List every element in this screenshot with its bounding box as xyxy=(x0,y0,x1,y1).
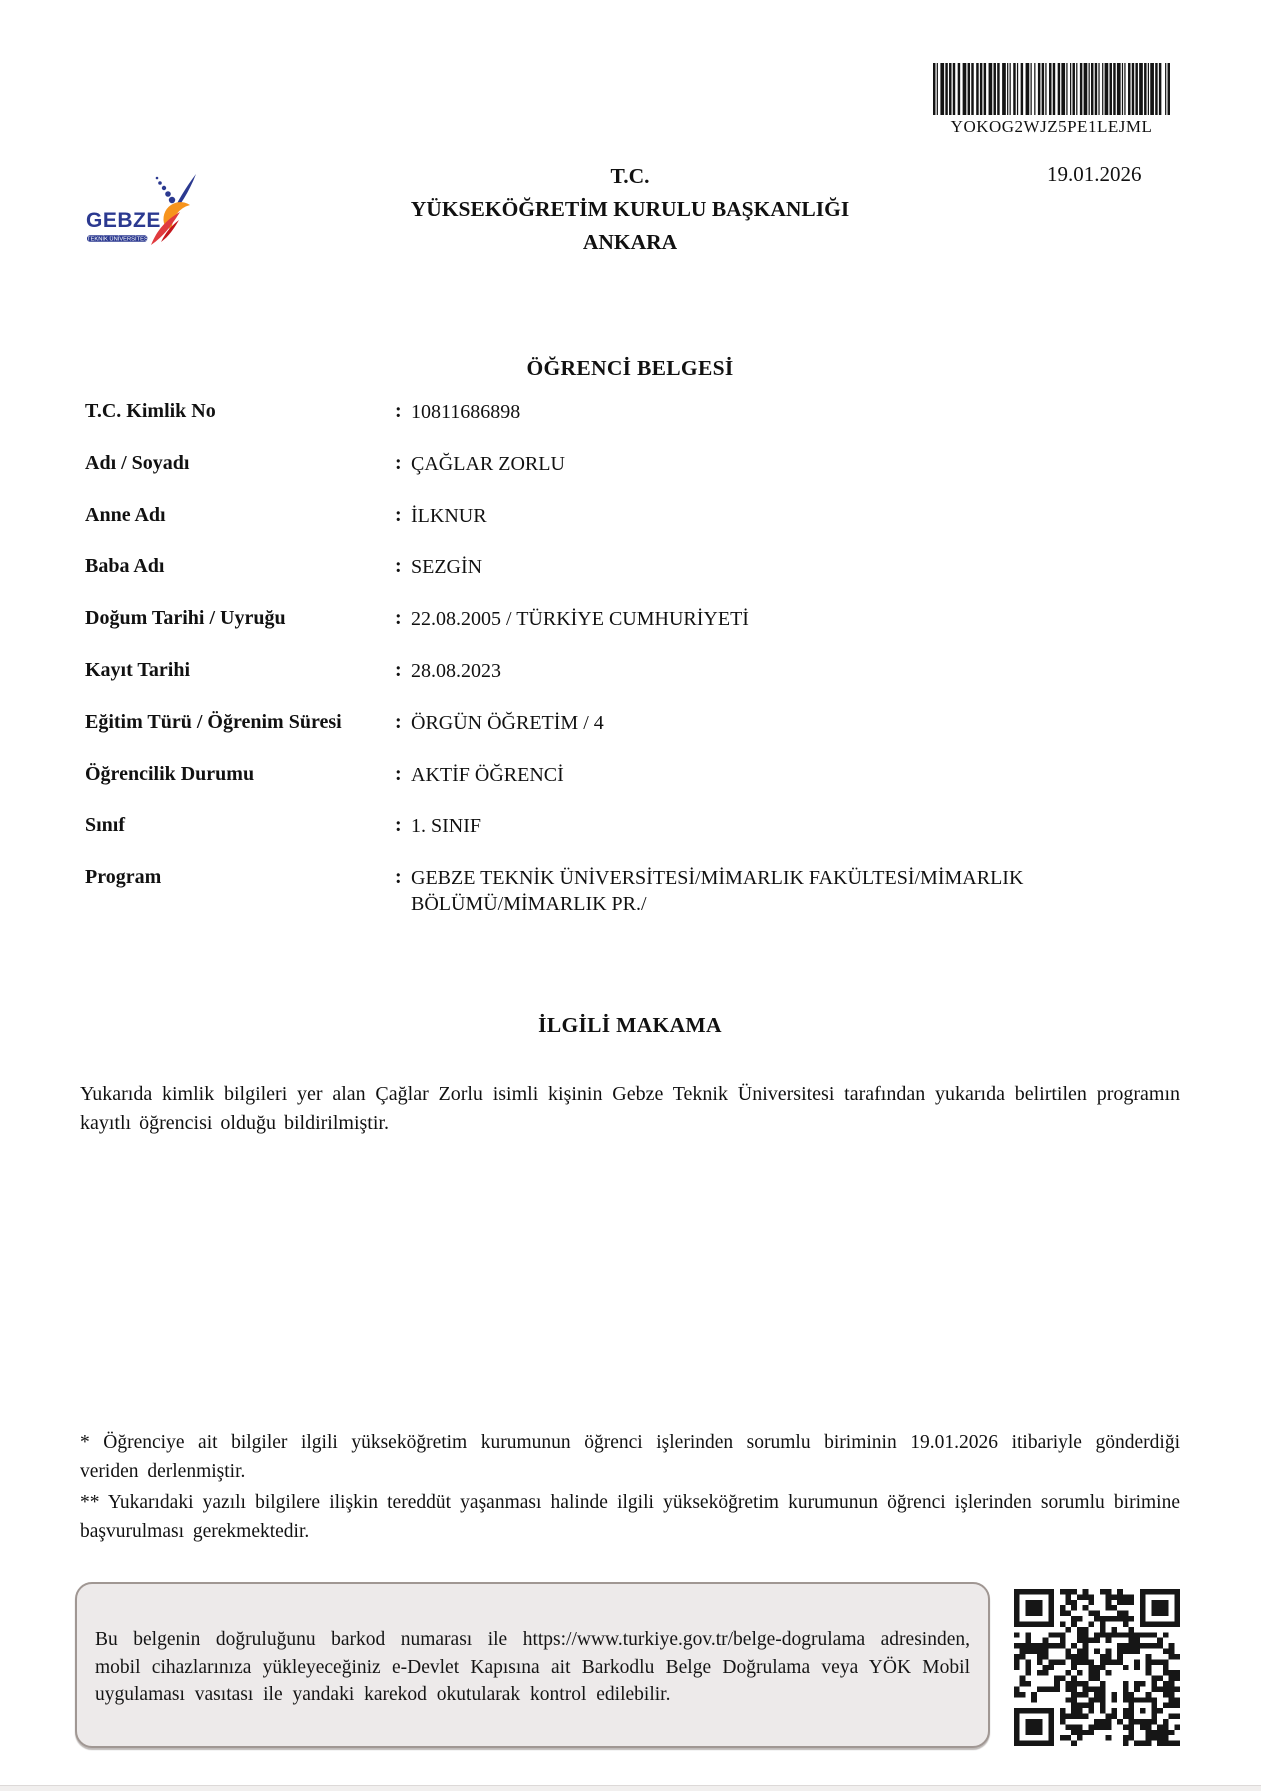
student-certificate-document: YOKOG2WJZ5PE1LEJML 19.01.2026 GEBZE TEKN… xyxy=(0,0,1261,1791)
field-row-sinif: Sınıf : 1. SINIF xyxy=(85,813,1185,865)
field-value: ÖRGÜN ÖĞRETİM / 4 xyxy=(411,710,604,736)
document-title: ÖĞRENCİ BELGESİ xyxy=(75,356,1185,381)
barcode xyxy=(933,63,1170,115)
verification-box: Bu belgenin doğruluğunu barkod numarası … xyxy=(75,1582,990,1748)
field-row-tc-kimlik-no: T.C. Kimlik No : 10811686898 xyxy=(85,399,1185,451)
field-label: Sınıf xyxy=(85,813,395,838)
field-label: T.C. Kimlik No xyxy=(85,399,395,424)
field-label: Baba Adı xyxy=(85,554,395,579)
field-label: Eğitim Türü / Öğrenim Süresi xyxy=(85,710,395,735)
field-colon: : xyxy=(395,710,411,735)
field-row-baba-adi: Baba Adı : SEZGİN xyxy=(85,554,1185,606)
letterhead-tc: T.C. xyxy=(75,160,1185,193)
field-colon: : xyxy=(395,606,411,631)
field-row-anne-adi: Anne Adı : İLKNUR xyxy=(85,503,1185,555)
field-colon: : xyxy=(395,658,411,683)
field-colon: : xyxy=(395,503,411,528)
field-colon: : xyxy=(395,451,411,476)
field-label: Program xyxy=(85,865,395,890)
letterhead: T.C. YÜKSEKÖĞRETİM KURULU BAŞKANLIĞI ANK… xyxy=(75,160,1185,259)
field-colon: : xyxy=(395,762,411,787)
field-value: 1. SINIF xyxy=(411,813,481,839)
next-page-edge xyxy=(0,1785,1261,1791)
barcode-number: YOKOG2WJZ5PE1LEJML xyxy=(923,117,1180,137)
footnote-1: * Öğrenciye ait bilgiler ilgili yükseköğ… xyxy=(80,1429,1180,1486)
field-label: Adı / Soyadı xyxy=(85,451,395,476)
student-fields: T.C. Kimlik No : 10811686898 Adı / Soyad… xyxy=(85,399,1185,917)
field-value: ÇAĞLAR ZORLU xyxy=(411,451,565,477)
footnote-2: ** Yukarıdaki yazılı bilgilere ilişkin t… xyxy=(80,1489,1180,1546)
field-row-ogrencilik-durumu: Öğrencilik Durumu : AKTİF ÖĞRENCİ xyxy=(85,762,1185,814)
field-row-dogum-tarihi: Doğum Tarihi / Uyruğu : 22.08.2005 / TÜR… xyxy=(85,606,1185,658)
field-row-egitim-turu: Eğitim Türü / Öğrenim Süresi : ÖRGÜN ÖĞR… xyxy=(85,710,1185,762)
field-colon: : xyxy=(395,865,411,890)
field-colon: : xyxy=(395,813,411,838)
field-value: 28.08.2023 xyxy=(411,658,501,684)
field-value: GEBZE TEKNİK ÜNİVERSİTESİ/MİMARLIK FAKÜL… xyxy=(411,865,1091,917)
field-label: Öğrencilik Durumu xyxy=(85,762,395,787)
field-value: SEZGİN xyxy=(411,554,482,580)
field-row-adi-soyadi: Adı / Soyadı : ÇAĞLAR ZORLU xyxy=(85,451,1185,503)
letterhead-city: ANKARA xyxy=(75,226,1185,259)
field-row-program: Program : GEBZE TEKNİK ÜNİVERSİTESİ/MİMA… xyxy=(85,865,1185,917)
field-label: Kayıt Tarihi xyxy=(85,658,395,683)
field-label: Doğum Tarihi / Uyruğu xyxy=(85,606,395,631)
field-value: 22.08.2005 / TÜRKİYE CUMHURİYETİ xyxy=(411,606,749,632)
verification-text: Bu belgenin doğruluğunu barkod numarası … xyxy=(95,1626,970,1709)
body-heading: İLGİLİ MAKAMA xyxy=(75,1013,1185,1038)
body-paragraph: Yukarıda kimlik bilgileri yer alan Çağla… xyxy=(80,1080,1180,1138)
field-colon: : xyxy=(395,554,411,579)
letterhead-institution: YÜKSEKÖĞRETİM KURULU BAŞKANLIĞI xyxy=(75,193,1185,226)
field-value: 10811686898 xyxy=(411,399,520,425)
field-value: İLKNUR xyxy=(411,503,487,529)
field-label: Anne Adı xyxy=(85,503,395,528)
field-row-kayit-tarihi: Kayıt Tarihi : 28.08.2023 xyxy=(85,658,1185,710)
field-value: AKTİF ÖĞRENCİ xyxy=(411,762,564,788)
field-colon: : xyxy=(395,399,411,424)
qr-code xyxy=(1014,1589,1180,1746)
